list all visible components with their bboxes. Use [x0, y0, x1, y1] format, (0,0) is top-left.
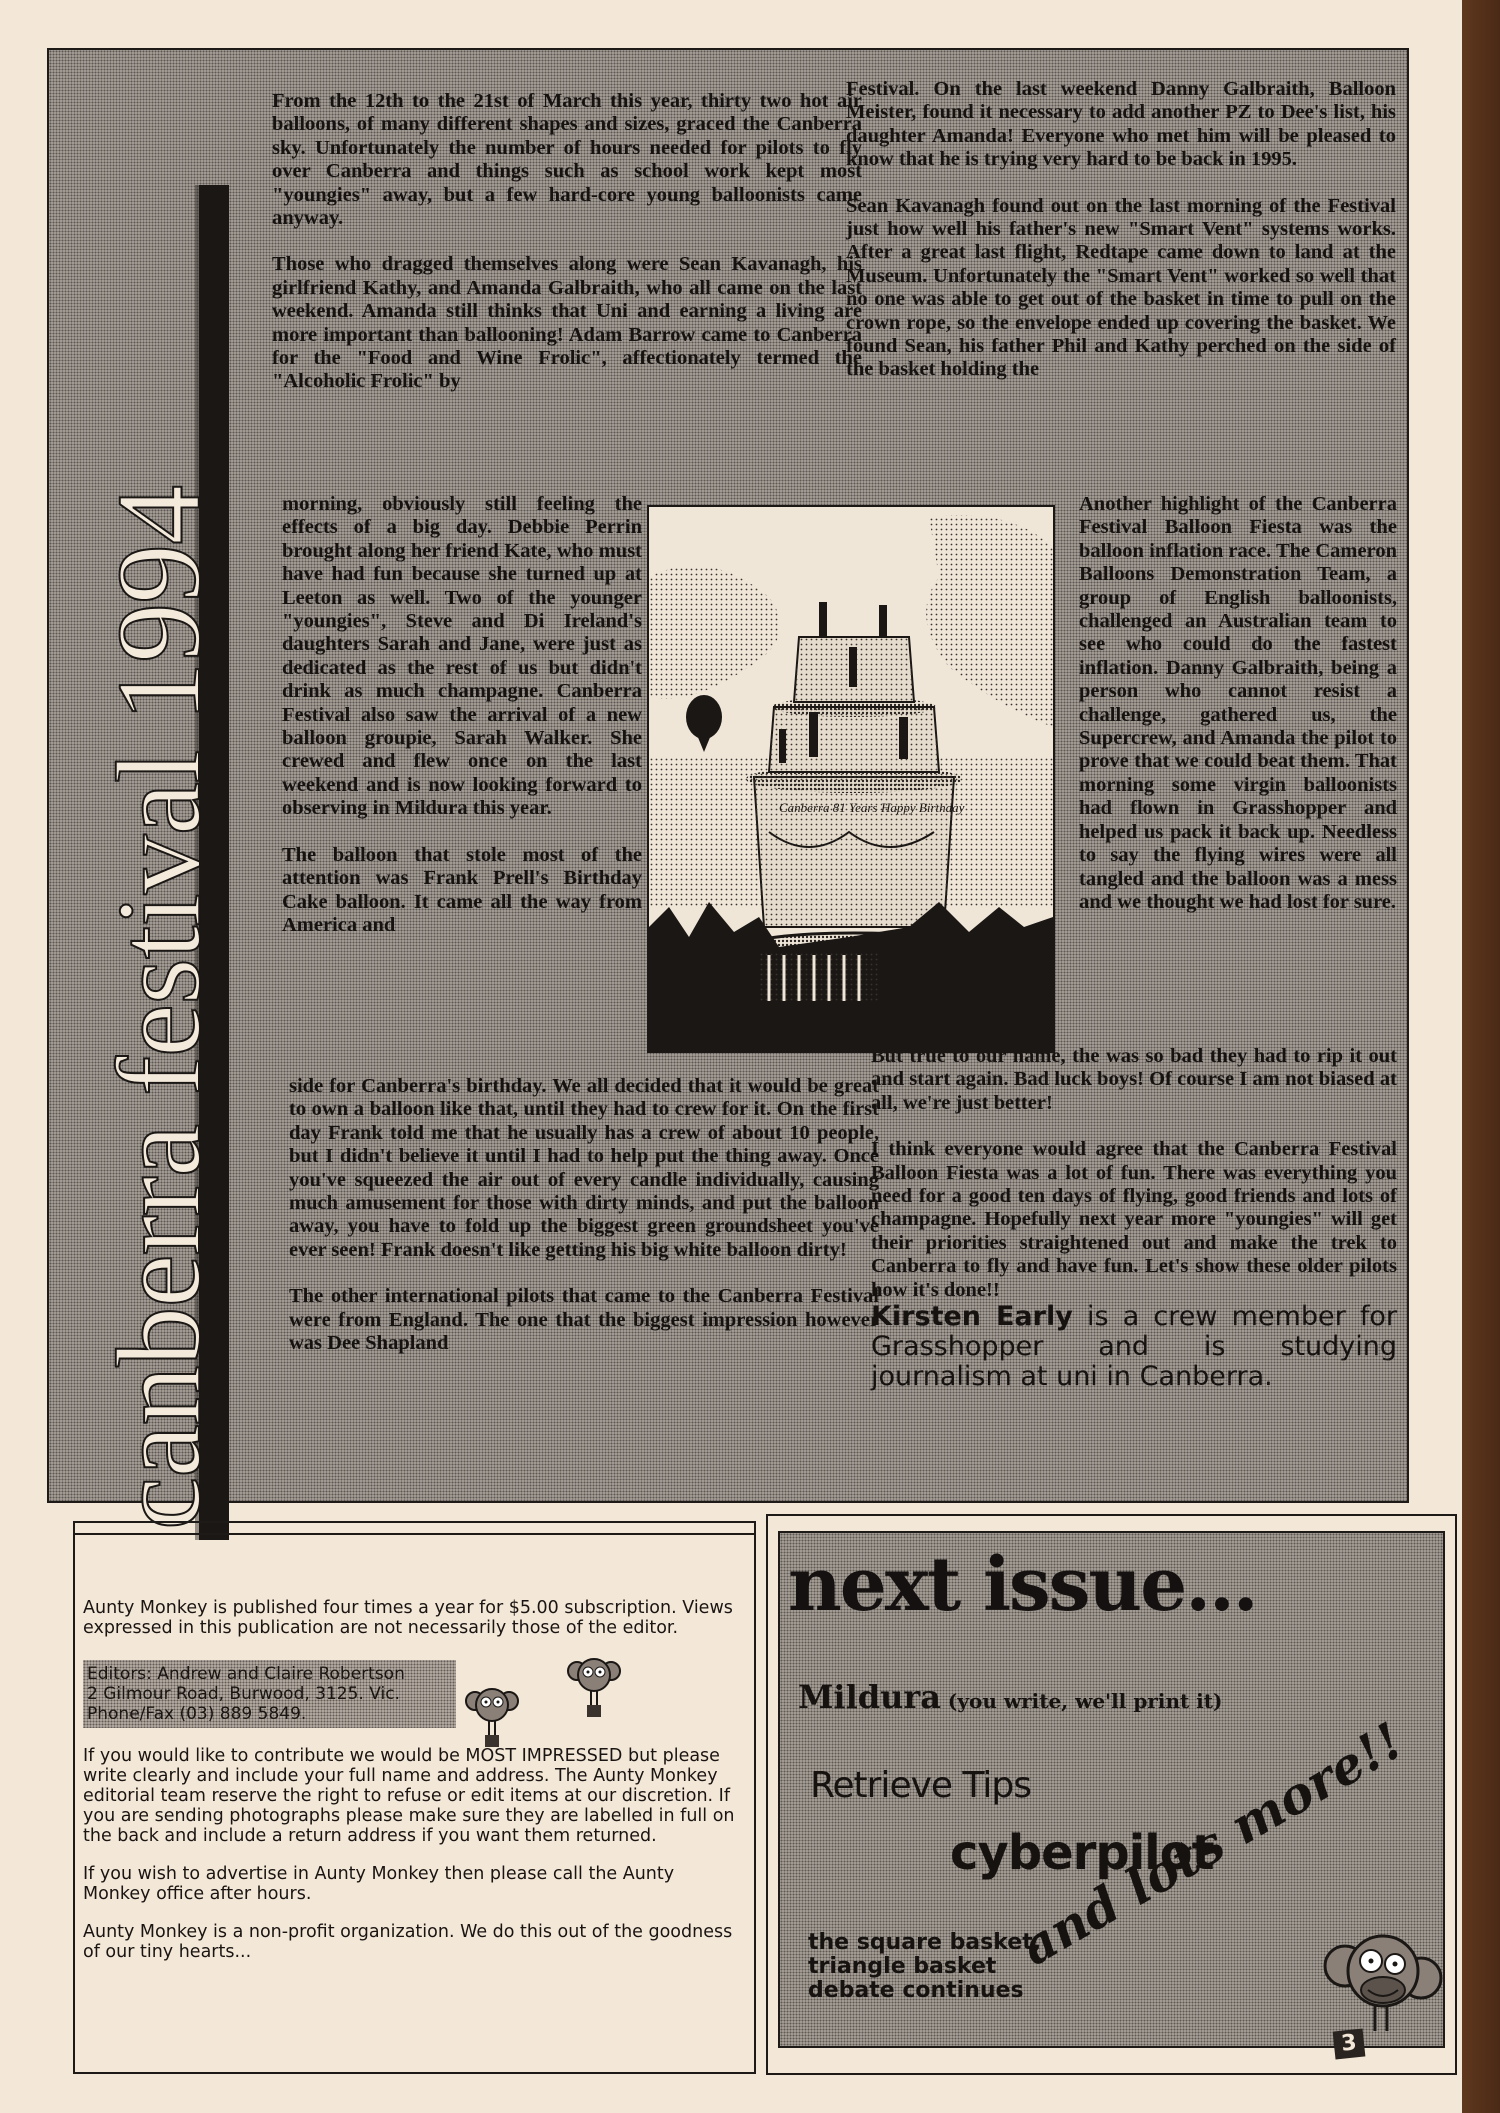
divider: [75, 1533, 754, 1535]
article-canberra-festival: canberra festival 1994 From the 12th to …: [47, 48, 1409, 1503]
basket-line: the square basket,: [808, 1931, 1041, 1955]
balloon-photo-illustration: Canberra 81 Years Happy Birthday: [649, 507, 1053, 1051]
paragraph: From the 12th to the 21st of March this …: [272, 90, 862, 230]
paragraph: The balloon that stole most of the atten…: [282, 844, 642, 938]
cake-text-left: Canberra 81 Years: [779, 800, 877, 815]
paragraph: side for Canberra's birthday. We all dec…: [289, 1075, 879, 1262]
contribution-info: If you would like to contribute we would…: [83, 1746, 743, 1846]
paragraph: Those who dragged themselves along were …: [272, 253, 862, 393]
next-issue-box: next issue... Mildura (you write, we'll …: [766, 1514, 1457, 2075]
column-2-bottom: But true to our name, the was so bad the…: [871, 1045, 1397, 1392]
mildura-note: (you write, we'll print it): [941, 1689, 1223, 1713]
next-issue-heading: next issue...: [788, 1545, 1257, 1625]
subscription-info: Aunty Monkey is published four times a y…: [83, 1598, 743, 1638]
column-1-bottom: side for Canberra's birthday. We all dec…: [289, 1075, 879, 1355]
paragraph: But true to our name, the was so bad the…: [871, 1045, 1397, 1115]
magazine-page: canberra festival 1994 From the 12th to …: [0, 0, 1462, 2113]
author-name: Kirsten Early: [871, 1301, 1073, 1332]
birthday-cake-balloon-photo: Canberra 81 Years Happy Birthday: [647, 505, 1055, 1053]
editors-address: 2 Gilmour Road, Burwood, 3125. Vic.: [87, 1684, 452, 1704]
monkey-balloon-icon: [565, 1653, 625, 1723]
next-item-mildura: Mildura (you write, we'll print it): [798, 1678, 1222, 1716]
paragraph: Sean Kavanagh found out on the last morn…: [846, 195, 1396, 382]
paragraph: morning, obviously still feeling the eff…: [282, 493, 642, 821]
author-byline: Kirsten Early is a crew member for Grass…: [871, 1302, 1397, 1392]
column-2-mid: Another highlight of the Canberra Festiv…: [1079, 493, 1397, 914]
editors-phone: Phone/Fax (03) 889 5849.: [87, 1704, 452, 1724]
paragraph: I think everyone would agree that the Ca…: [871, 1138, 1397, 1302]
editors-contact: Editors: Andrew and Claire Robertson 2 G…: [83, 1660, 456, 1728]
nonprofit-info: Aunty Monkey is a non-profit organizatio…: [83, 1922, 743, 1962]
basket-line: debate continues: [808, 1979, 1041, 2003]
mildura-label: Mildura: [798, 1678, 941, 1716]
paragraph: Festival. On the last weekend Danny Galb…: [846, 78, 1396, 172]
column-2-top: Festival. On the last weekend Danny Galb…: [846, 78, 1396, 382]
basket-line: triangle basket: [808, 1955, 1041, 1979]
page-number: 3: [1333, 2029, 1366, 2060]
column-1-top: From the 12th to the 21st of March this …: [272, 90, 862, 394]
info-text: Aunty Monkey is published four times a y…: [83, 1598, 743, 1980]
advertising-info: If you wish to advertise in Aunty Monkey…: [83, 1864, 743, 1904]
monkey-balloon-icon: [463, 1683, 523, 1753]
paragraph: The other international pilots that came…: [289, 1285, 879, 1355]
editors-names: Editors: Andrew and Claire Robertson: [87, 1664, 452, 1684]
paragraph: Another highlight of the Canberra Festiv…: [1079, 493, 1397, 914]
next-item-basket-debate: the square basket, triangle basket debat…: [808, 1931, 1041, 2003]
column-1-mid: morning, obviously still feeling the eff…: [282, 493, 642, 937]
vertical-title: canberra festival 1994: [89, 130, 229, 1530]
cake-text-right: Happy Birthday: [880, 800, 965, 815]
next-item-retrieve-tips: Retrieve Tips: [810, 1765, 1031, 1806]
publication-info-box: Aunty Monkey is published four times a y…: [73, 1521, 756, 2074]
